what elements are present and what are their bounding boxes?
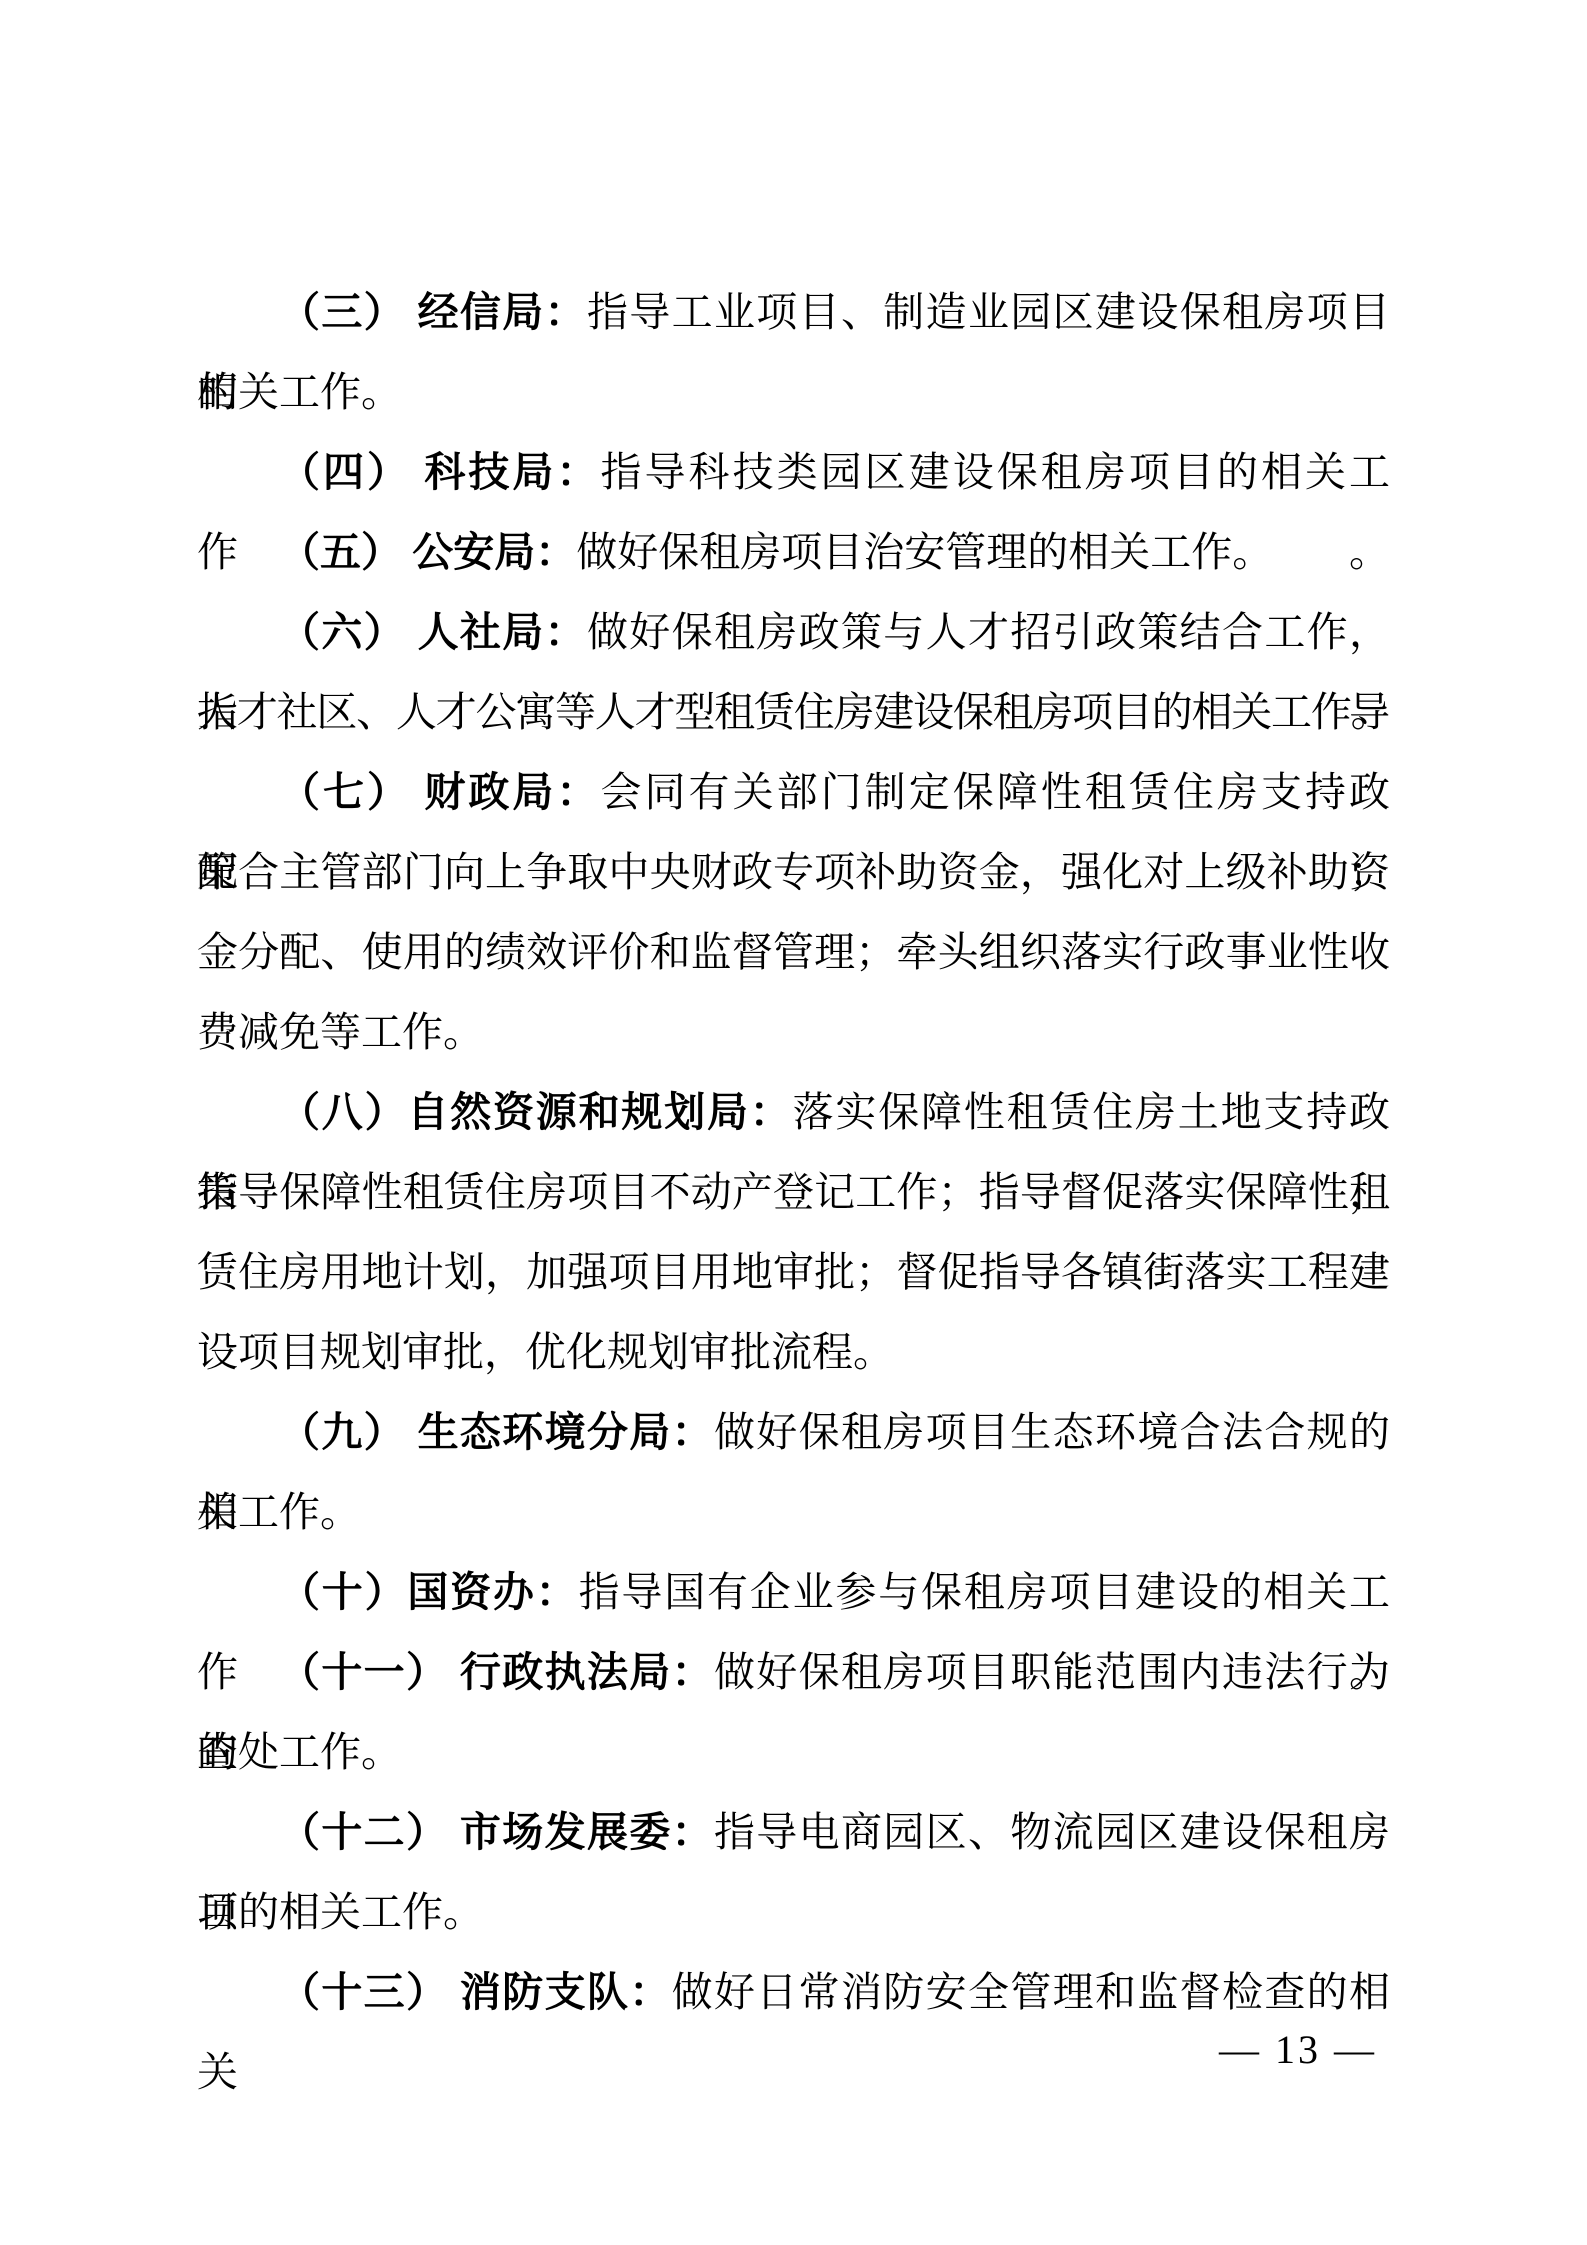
text-line: （三） 经信局：指导工业项目、制造业园区建设保租房项目的 [197, 272, 1390, 352]
text-line: （六） 人社局：做好保租房政策与人才招引政策结合工作，指导 [197, 592, 1390, 672]
text-line: （十一） 行政执法局：做好保租房项目职能范围内违法行为的 [197, 1632, 1390, 1712]
paragraph-text: 关工作。 [197, 1489, 361, 1535]
paragraph-heading: （七） 财政局： [279, 769, 601, 815]
text-line: 配合主管部门向上争取中央财政专项补助资金，强化对上级补助资 [197, 832, 1390, 912]
text-line: 指导保障性租赁住房项目不动产登记工作；指导督促落实保障性租 [197, 1152, 1390, 1232]
document-body: （三） 经信局：指导工业项目、制造业园区建设保租房项目的 相关工作。 （四） 科… [197, 272, 1390, 2032]
paragraph-heading: （八）自然资源和规划局： [279, 1089, 793, 1135]
paragraph-heading: （十二） 市场发展委： [279, 1809, 714, 1855]
text-line: 目的相关工作。 [197, 1872, 1390, 1952]
text-line: （五） 公安局：做好保租房项目治安管理的相关工作。 [197, 512, 1390, 592]
text-line: （四） 科技局：指导科技类园区建设保租房项目的相关工作。 [197, 432, 1390, 512]
text-line: 赁住房用地计划，加强项目用地审批；督促指导各镇街落实工程建 [197, 1232, 1390, 1312]
text-line: （八）自然资源和规划局：落实保障性租赁住房土地支持政策， [197, 1072, 1390, 1152]
paragraph-text: 相关工作。 [197, 369, 402, 415]
text-line: （十）国资办：指导国有企业参与保租房项目建设的相关工作。 [197, 1552, 1390, 1632]
paragraph-heading: （九） 生态环境分局： [279, 1409, 714, 1455]
text-line: 设项目规划审批，优化规划审批流程。 [197, 1312, 1390, 1392]
paragraph-heading: （十三） 消防支队： [279, 1969, 672, 2015]
paragraph-text: 设项目规划审批，优化规划审批流程。 [197, 1329, 894, 1375]
text-line: 人才社区、人才公寓等人才型租赁住房建设保租房项目的相关工作。 [197, 672, 1390, 752]
paragraph-heading: （三） 经信局： [279, 289, 587, 335]
text-line: （十三） 消防支队：做好日常消防安全管理和监督检查的相关 [197, 1952, 1390, 2032]
paragraph-text: 指导保障性租赁住房项目不动产登记工作；指导督促落实保障性租 [197, 1169, 1390, 1215]
paragraph-text: 费减免等工作。 [197, 1009, 484, 1055]
text-line: （九） 生态环境分局：做好保租房项目生态环境合法合规的相 [197, 1392, 1390, 1472]
paragraph-heading: （五） 公安局： [279, 529, 576, 575]
paragraph-heading: （六） 人社局： [279, 609, 587, 655]
text-line: 费减免等工作。 [197, 992, 1390, 1072]
paragraph-text: 人才社区、人才公寓等人才型租赁住房建设保租房项目的相关工作。 [197, 689, 1390, 735]
paragraph-text: 赁住房用地计划，加强项目用地审批；督促指导各镇街落实工程建 [197, 1249, 1390, 1295]
text-line: 金分配、使用的绩效评价和监督管理；牵头组织落实行政事业性收 [197, 912, 1390, 992]
paragraph-heading: （十）国资办： [279, 1569, 579, 1615]
text-line: 关工作。 [197, 1472, 1390, 1552]
paragraph-text: 目的相关工作。 [197, 1889, 484, 1935]
text-line: 相关工作。 [197, 352, 1390, 432]
paragraph-text: 做好保租房项目治安管理的相关工作。 [576, 529, 1273, 575]
paragraph-text: 配合主管部门向上争取中央财政专项补助资金，强化对上级补助资 [197, 849, 1390, 895]
paragraph-text: 查处工作。 [197, 1729, 402, 1775]
paragraph-text: 金分配、使用的绩效评价和监督管理；牵头组织落实行政事业性收 [197, 929, 1390, 975]
paragraph-heading: （十一） 行政执法局： [279, 1649, 714, 1695]
document-page: （三） 经信局：指导工业项目、制造业园区建设保租房项目的 相关工作。 （四） 科… [0, 0, 1587, 2245]
text-line: （七） 财政局：会同有关部门制定保障性租赁住房支持政策； [197, 752, 1390, 832]
page-number: — 13 — [1219, 2026, 1377, 2074]
text-line: （十二） 市场发展委：指导电商园区、物流园区建设保租房项 [197, 1792, 1390, 1872]
text-line: 查处工作。 [197, 1712, 1390, 1792]
paragraph-heading: （四） 科技局： [279, 449, 601, 495]
